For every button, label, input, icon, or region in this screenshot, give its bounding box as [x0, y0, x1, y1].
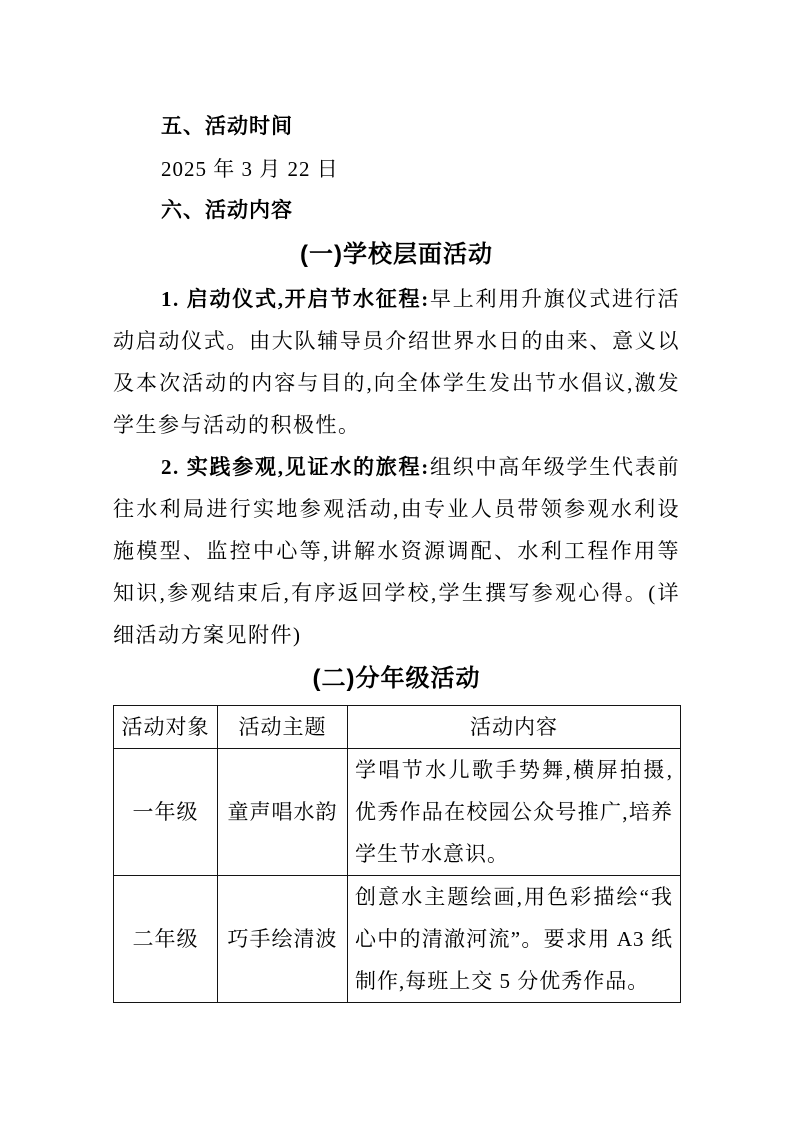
table-row-grade-2: 二年级 巧手绘清波 创意水主题绘画,用色彩描绘“我心中的清澈河流”。要求用 A3…: [114, 876, 681, 1003]
grade-activity-table: 活动对象 活动主题 活动内容 一年级 童声唱水韵 学唱节水儿歌手势舞,横屏拍摄,…: [113, 705, 681, 1003]
cell-grade-2-theme: 巧手绘清波: [218, 876, 348, 1003]
cell-grade-1-content: 学唱节水儿歌手势舞,横屏拍摄,优秀作品在校园公众号推广,培养学生节水意识。: [348, 749, 681, 876]
paragraph-1-lead: 1. 启动仪式,开启节水征程:: [161, 287, 430, 311]
paragraph-field-visit: 2. 实践参观,见证水的旅程:组织中高年级学生代表前往水利局进行实地参观活动,由…: [113, 446, 680, 656]
paragraph-2-lead: 2. 实践参观,见证水的旅程:: [161, 455, 430, 479]
document-page: 五、活动时间 2025 年 3 月 22 日 六、活动内容 (一)学校层面活动 …: [0, 0, 793, 1122]
paragraph-launch-ceremony: 1. 启动仪式,开启节水征程:早上利用升旗仪式进行活动启动仪式。由大队辅导员介绍…: [113, 278, 680, 446]
subsection-1-heading: (一)学校层面活动: [113, 232, 680, 278]
table-header-row: 活动对象 活动主题 活动内容: [114, 706, 681, 749]
table-header-content: 活动内容: [348, 706, 681, 749]
section-5-heading: 五、活动时间: [113, 106, 680, 148]
table-header-target: 活动对象: [114, 706, 218, 749]
cell-grade-2-content: 创意水主题绘画,用色彩描绘“我心中的清澈河流”。要求用 A3 纸制作,每班上交 …: [348, 876, 681, 1003]
table-row-grade-1: 一年级 童声唱水韵 学唱节水儿歌手势舞,横屏拍摄,优秀作品在校园公众号推广,培养…: [114, 749, 681, 876]
subsection-2-heading: (二)分年级活动: [113, 656, 680, 702]
activity-date-line: 2025 年 3 月 22 日: [113, 148, 680, 190]
paragraph-2-text: 组织中高年级学生代表前往水利局进行实地参观活动,由专业人员带领参观水利设施模型、…: [113, 455, 680, 647]
section-6-heading: 六、活动内容: [113, 190, 680, 232]
cell-grade-1-target: 一年级: [114, 749, 218, 876]
cell-grade-1-theme: 童声唱水韵: [218, 749, 348, 876]
table-header-theme: 活动主题: [218, 706, 348, 749]
document-content: 五、活动时间 2025 年 3 月 22 日 六、活动内容 (一)学校层面活动 …: [113, 106, 680, 1003]
cell-grade-2-target: 二年级: [114, 876, 218, 1003]
